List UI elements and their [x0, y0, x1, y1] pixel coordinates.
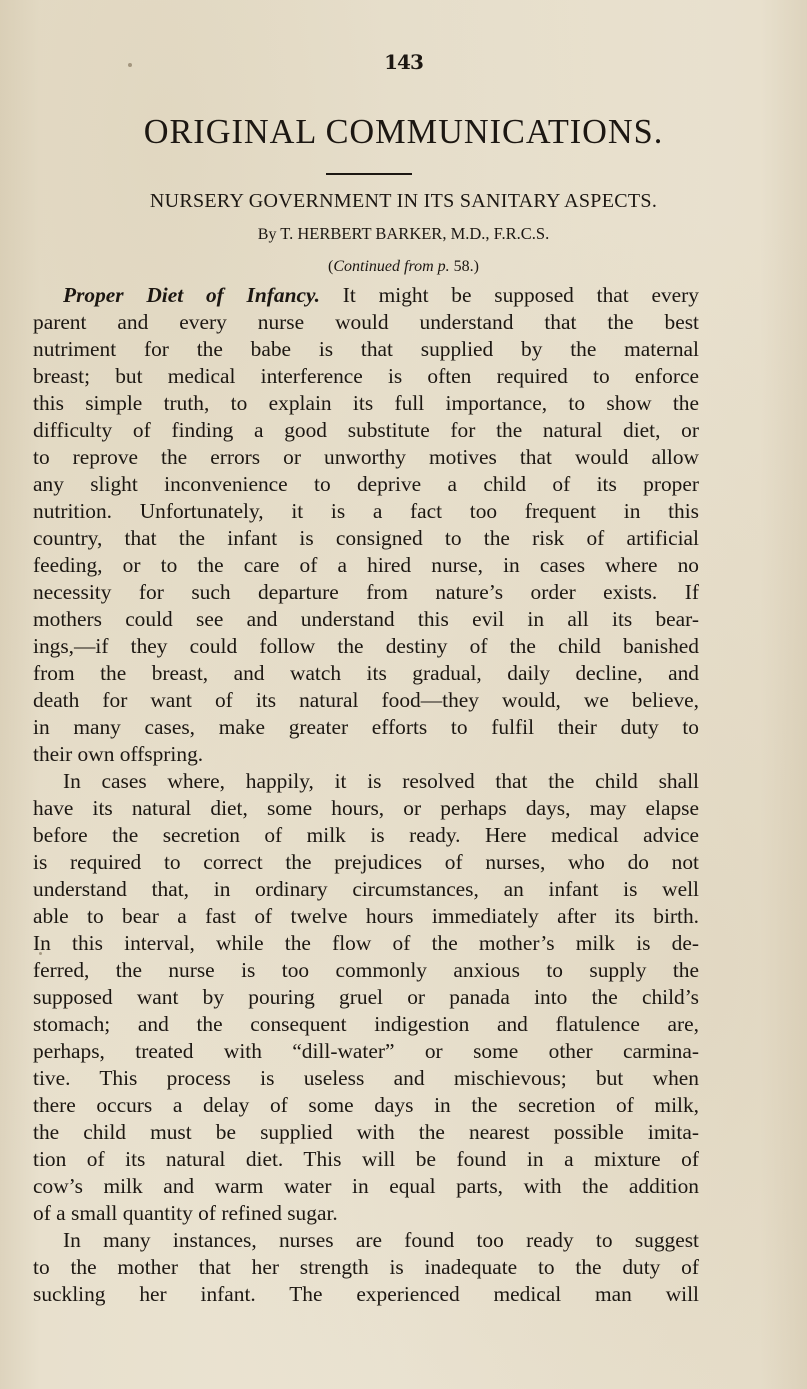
paper-blemish: [39, 952, 42, 955]
text-line: nutriment for the babe is that supplied …: [33, 336, 699, 363]
text-line: breast; but medical interference is ofte…: [33, 363, 699, 390]
text-line: of a small quantity of refined sugar.: [33, 1200, 699, 1227]
continued-italic: Continued from p.: [333, 258, 449, 275]
text-line: nutrition. Unfortunately, it is a fact t…: [33, 498, 699, 525]
text-line: is required to correct the prejudices of…: [33, 849, 699, 876]
text-line: parent and every nurse would understand …: [33, 309, 699, 336]
text-line: their own offspring.: [33, 741, 699, 768]
text-line: tion of its natural diet. This will be f…: [33, 1146, 699, 1173]
byline: By T. HERBERT BARKER, M.D., F.R.C.S.: [0, 224, 807, 244]
section-title: ORIGINAL COMMUNICATIONS.: [8, 112, 799, 152]
text-line: able to bear a fast of twelve hours imme…: [33, 903, 699, 930]
article-body: Proper Diet of Infancy. It might be supp…: [33, 282, 699, 1308]
text-line: the child must be supplied with the near…: [33, 1119, 699, 1146]
text-line: in many cases, make greater efforts to f…: [33, 714, 699, 741]
text-line: from the breast, and watch its gradual, …: [33, 660, 699, 687]
text-line: feeding, or to the care of a hired nurse…: [33, 552, 699, 579]
text-line: ings,—if they could follow the destiny o…: [33, 633, 699, 660]
page-number: 143: [0, 50, 807, 74]
text-line: tive. This process is useless and mischi…: [33, 1065, 699, 1092]
text-line: this simple truth, to explain its full i…: [33, 390, 699, 417]
byline-by: By: [258, 226, 277, 243]
text-line: to reprove the errors or unworthy motive…: [33, 444, 699, 471]
article-title: NURSERY GOVERNMENT IN ITS SANITARY ASPEC…: [0, 190, 807, 213]
text-line: any slight inconvenience to deprive a ch…: [33, 471, 699, 498]
text-line: In this interval, while the flow of the …: [33, 930, 699, 957]
text-line: before the secretion of milk is ready. H…: [33, 822, 699, 849]
text-line: difficulty of finding a good substitute …: [33, 417, 699, 444]
continued-page-ref: 58.): [450, 258, 479, 275]
text-line: have its natural diet, some hours, or pe…: [33, 795, 699, 822]
run-in-heading: Proper Diet of Infancy.: [63, 283, 320, 307]
text-line: supposed want by pouring gruel or panada…: [33, 984, 699, 1011]
text-line: mothers could see and understand this ev…: [33, 606, 699, 633]
scanned-page: 143 ORIGINAL COMMUNICATIONS. NURSERY GOV…: [0, 0, 807, 1389]
text-line: suckling her infant. The experienced med…: [33, 1281, 699, 1308]
text-line: ferred, the nurse is too commonly anxiou…: [33, 957, 699, 984]
text-line: Proper Diet of Infancy. It might be supp…: [33, 282, 699, 309]
byline-author: T. HERBERT BARKER, M.D., F.R.C.S.: [280, 224, 549, 243]
text-line: there occurs a delay of some days in the…: [33, 1092, 699, 1119]
paper-blemish: [128, 63, 132, 67]
text-line: In many instances, nurses are found too …: [33, 1227, 699, 1254]
text-line: understand that, in ordinary circumstanc…: [33, 876, 699, 903]
text-line: death for want of its natural food—they …: [33, 687, 699, 714]
text-line: country, that the infant is consigned to…: [33, 525, 699, 552]
text-line: In cases where, happily, it is resolved …: [33, 768, 699, 795]
text-line: to the mother that her strength is inade…: [33, 1254, 699, 1281]
continued-note: (Continued from p. 58.): [0, 258, 807, 276]
text-line: stomach; and the consequent indigestion …: [33, 1011, 699, 1038]
title-rule-divider: [326, 173, 412, 175]
text-line: perhaps, treated with “dill-water” or so…: [33, 1038, 699, 1065]
text-line: necessity for such departure from nature…: [33, 579, 699, 606]
text-line: cow’s milk and warm water in equal parts…: [33, 1173, 699, 1200]
